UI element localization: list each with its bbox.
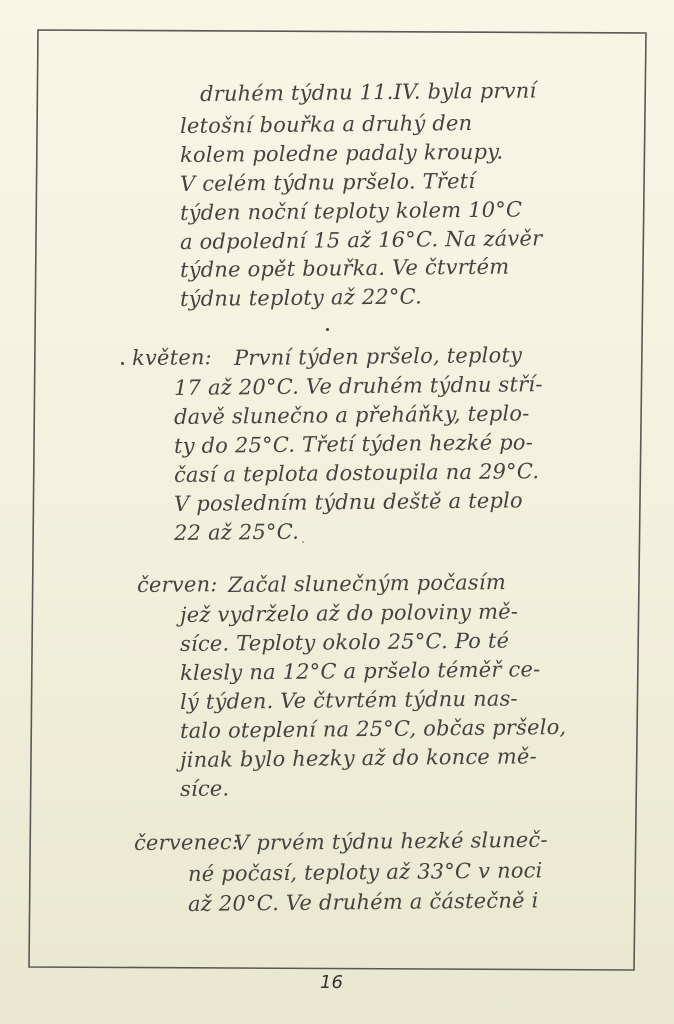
text-line: druhém týdnu 11.IV. byla první: [200, 78, 537, 106]
text-line: kolem poledne padaly kroupy.: [180, 140, 504, 167]
text-line: 22 až 25°C.: [174, 520, 299, 545]
text-line: časí a teplota dostoupila na 29°C.: [174, 459, 539, 487]
text-line: jinak bylo hezky až do konce mě-: [180, 744, 537, 772]
separator-dot: [326, 328, 329, 331]
text-line: 17 až 20°C. Ve druhém týdnu stří-: [174, 372, 543, 400]
text-line: V prvém týdnu hezké sluneč-: [234, 828, 548, 855]
text-line: týdne opět bouřka. Ve čtvrtém: [180, 255, 510, 282]
text-line: a odpolední 15 až 16°C. Na závěr: [180, 226, 543, 254]
text-line: ty do 25°C. Třetí týden hezké po-: [174, 430, 533, 458]
text-line: síce.: [180, 776, 230, 801]
text-line: až 20°C. Ve druhém a částečně i: [188, 888, 539, 916]
text-line: týdnu teploty až 22°C.: [180, 284, 422, 311]
ink-speck: [302, 541, 304, 543]
month-label-cerven: červen:: [137, 572, 218, 597]
text-line: lý týden. Ve čtvrtém týdnu nas-: [180, 686, 518, 714]
text-line: Začal slunečným počasím: [228, 570, 506, 597]
text-line: klesly na 12°C a pršelo téměř ce-: [180, 657, 541, 685]
month-label-cervenec: červenec:: [134, 830, 239, 855]
text-line: V posledním týdnu deště a teplo: [174, 488, 523, 516]
bullet-dot: [121, 362, 124, 365]
month-label-kveten: květen:: [132, 345, 212, 370]
text-line: letošní bouřka a druhý den: [180, 111, 473, 138]
text-line: talo oteplení na 25°C, občas pršelo,: [180, 715, 567, 743]
text-line: V celém týdnu pršelo. Třetí: [180, 169, 476, 196]
text-line: né počasí, teploty až 33°C v noci: [188, 858, 543, 886]
text-line: jež vydrželo až do poloviny mě-: [180, 599, 518, 627]
text-line: týden noční teploty kolem 10°C: [180, 197, 522, 225]
text-line: síce. Teploty okolo 25°C. Po té: [180, 629, 509, 656]
text-line: davě slunečno a přeháňky, teplo-: [174, 401, 530, 429]
text-line: První týden pršelo, teploty: [234, 343, 522, 370]
handwritten-text-body: druhém týdnu 11.IV. byla první letošní b…: [0, 0, 674, 1024]
page-number: 16: [320, 972, 343, 993]
